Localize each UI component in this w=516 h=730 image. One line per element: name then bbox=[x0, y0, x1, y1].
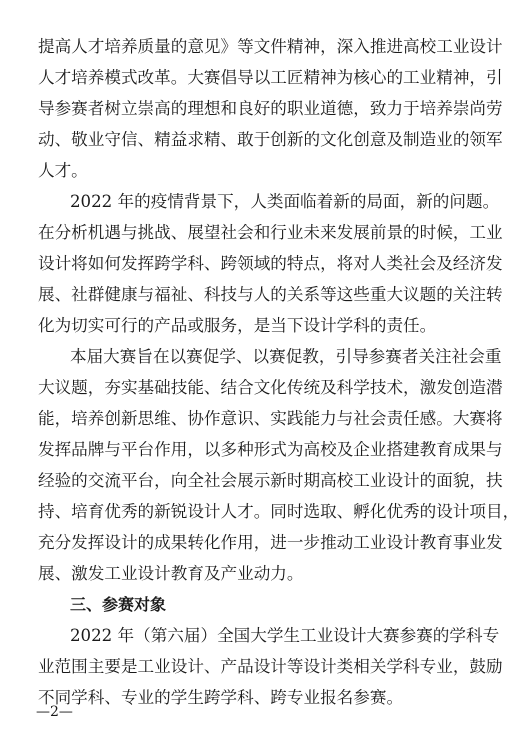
paragraph-line: 业范围主要是工业设计、产品设计等设计类相关学科专业，鼓励 bbox=[38, 655, 492, 679]
paragraph-line: 不同学科、专业的学生跨学科、跨专业报名参赛。 bbox=[38, 686, 492, 710]
paragraph-line: 本届大赛旨在以赛促学、以赛促教，引导参赛者关注社会重 bbox=[70, 345, 492, 369]
paragraph-line: 2022 年的疫情背景下，人类面临着新的局面，新的问题。 bbox=[70, 190, 492, 214]
paragraph-line: 人才培养模式改革。大赛倡导以工匠精神为核心的工业精神，引 bbox=[38, 66, 492, 90]
page-number: —2— bbox=[36, 702, 73, 722]
paragraph-line: 充分发挥设计的成果转化作用，进一步推动工业设计教育事业发 bbox=[38, 531, 492, 555]
paragraph-line: 经验的交流平台，向全社会展示新时期高校工业设计的面貌，扶 bbox=[38, 469, 492, 493]
document-page: 提高人才培养质量的意见》等文件精神，深入推进高校工业设计 人才培养模式改革。大赛… bbox=[0, 0, 516, 730]
paragraph-line: 动、敬业守信、精益求精、敢于创新的文化创意及制造业的领军 bbox=[38, 128, 492, 152]
paragraph-line: 提高人才培养质量的意见》等文件精神，深入推进高校工业设计 bbox=[38, 35, 492, 59]
paragraph-line: 大议题，夯实基础技能、结合文化传统及科学技术，激发创造潜 bbox=[38, 376, 492, 400]
paragraph-line: 展、社群健康与福祉、科技与人的关系等这些重大议题的关注转 bbox=[38, 283, 492, 307]
paragraph-line: 持、培育优秀的新锐设计人才。同时选取、孵化优秀的设计项目， bbox=[38, 500, 492, 524]
paragraph-line: 能，培养创新思维、协作意识、实践能力与社会责任感。大赛将 bbox=[38, 407, 492, 431]
paragraph-line: 导参赛者树立崇高的理想和良好的职业道德，致力于培养崇尚劳 bbox=[38, 97, 492, 121]
section-heading: 三、参赛对象 bbox=[70, 593, 492, 617]
paragraph-line: 发挥品牌与平台作用，以多种形式为高校及企业搭建教育成果与 bbox=[38, 438, 492, 462]
paragraph-line: 展、激发工业设计教育及产业动力。 bbox=[38, 562, 492, 586]
paragraph-line: 人才。 bbox=[38, 159, 492, 183]
paragraph-line: 设计将如何发挥跨学科、跨领域的特点，将对人类社会及经济发 bbox=[38, 252, 492, 276]
paragraph-line: 在分析机遇与挑战、展望社会和行业未来发展前景的时候，工业 bbox=[38, 221, 492, 245]
paragraph-line: 2022 年（第六届）全国大学生工业设计大赛参赛的学科专 bbox=[70, 624, 492, 648]
paragraph-line: 化为切实可行的产品或服务，是当下设计学科的责任。 bbox=[38, 314, 492, 338]
